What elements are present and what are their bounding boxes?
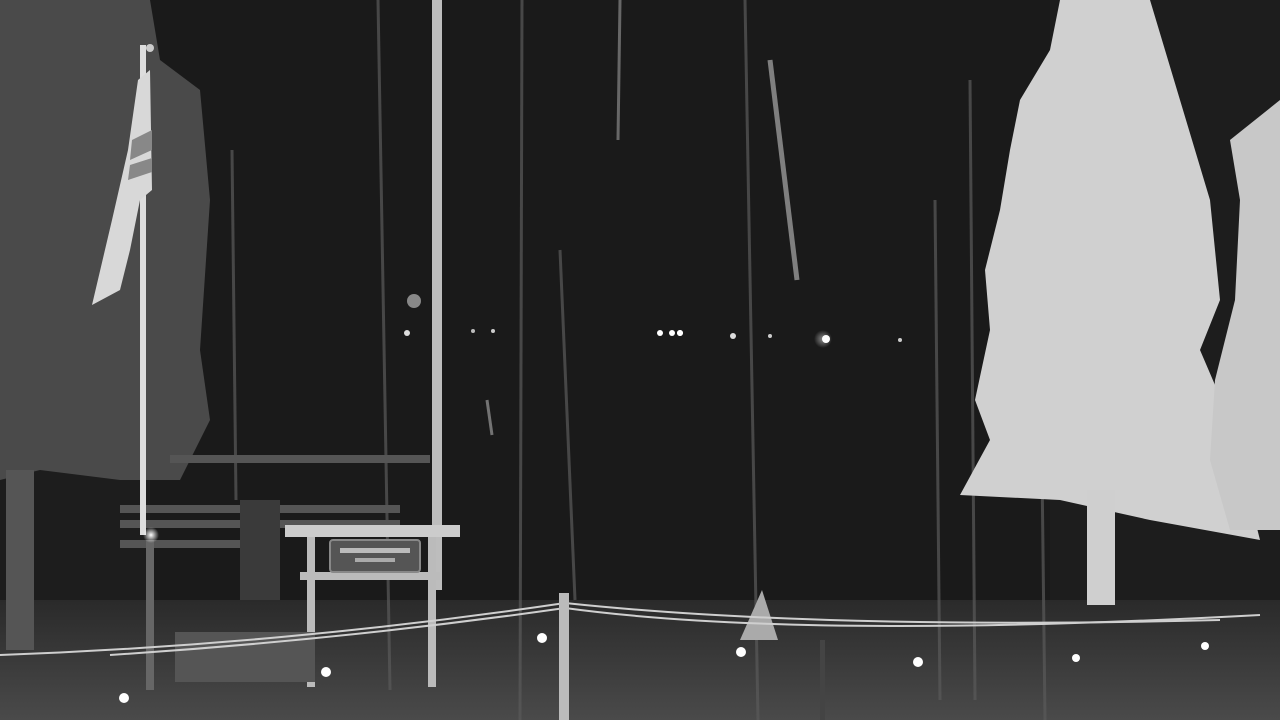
scene-graphic	[0, 0, 1280, 720]
fence-post	[559, 593, 569, 720]
webcam-scene: Night-vision grayscale webcam view of a …	[0, 0, 1280, 720]
light-pole	[432, 0, 442, 590]
railing	[170, 455, 430, 463]
